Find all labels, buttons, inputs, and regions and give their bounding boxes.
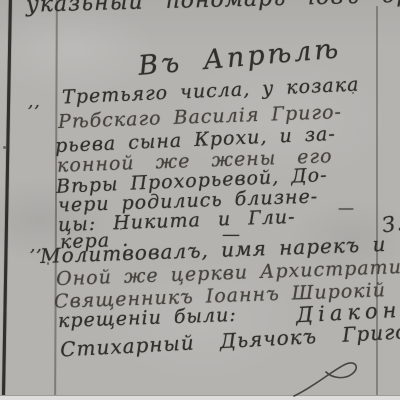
month-header: Въ Апрѣлѣ xyxy=(137,33,342,82)
line-end-dash-2: — xyxy=(338,198,355,217)
left-binding-rule xyxy=(2,0,12,400)
manuscript-top-line: указьный пономарь іовъ брюво xyxy=(26,0,400,18)
ink-speck xyxy=(3,146,6,149)
signature-flourish xyxy=(292,358,362,400)
manuscript-scan-page: указьный пономарь іовъ брюво Въ Апрѣлѣ ,… xyxy=(0,0,400,400)
ditto-mark-1: ,, xyxy=(28,92,41,112)
